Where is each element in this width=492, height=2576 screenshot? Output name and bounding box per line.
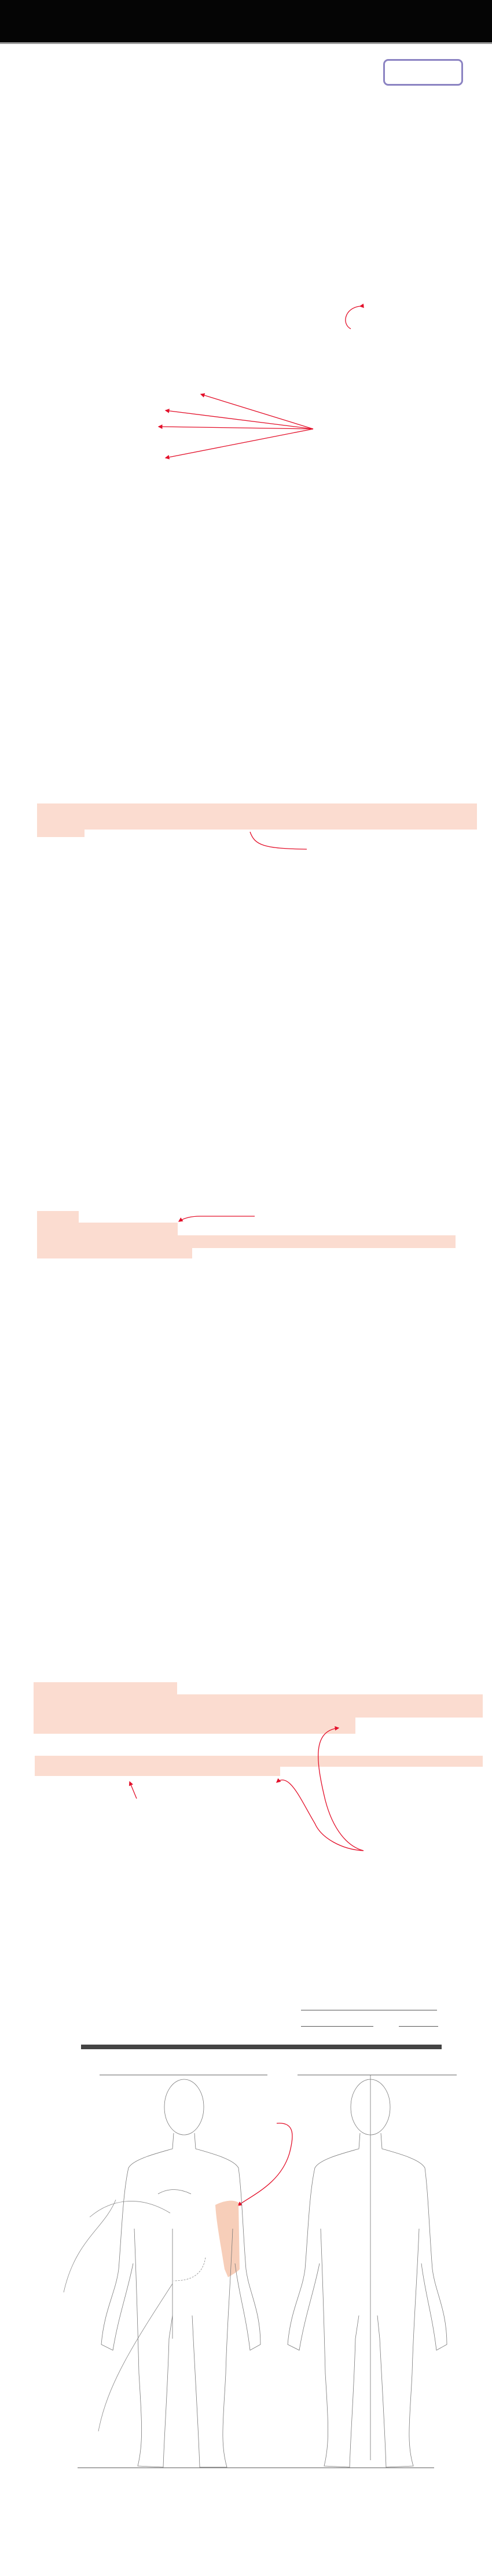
form-title-rule-left <box>100 2075 267 2075</box>
highlight-opinion-tail <box>35 1766 280 1776</box>
highlight-arm <box>215 2201 240 2277</box>
highlight-opinion <box>35 1756 483 1767</box>
highlight-summary-heading <box>34 1682 177 1695</box>
highlight-spleen-tail <box>37 1247 192 1258</box>
highlight-spleen-label <box>37 1211 79 1223</box>
exhibit-stamp <box>383 59 463 86</box>
external-description <box>46 555 486 589</box>
highlight-summary-tail <box>34 1717 355 1734</box>
highlight-defensive-tail <box>37 828 85 837</box>
form-title-rule-right <box>298 2075 457 2075</box>
highlight-spleen-text <box>37 1235 456 1248</box>
form-divider <box>81 2045 442 2049</box>
form-date-value <box>399 2026 438 2027</box>
highlight-defensive <box>37 803 477 830</box>
annotation-overlay <box>0 0 492 2576</box>
form-autopsy-value <box>301 2010 437 2010</box>
highlight-summary <box>34 1694 483 1718</box>
banner <box>0 0 492 44</box>
banner-exhibit <box>14 9 21 34</box>
highlight-spleen-weight <box>37 1223 178 1236</box>
form-examined-value <box>301 2026 373 2027</box>
